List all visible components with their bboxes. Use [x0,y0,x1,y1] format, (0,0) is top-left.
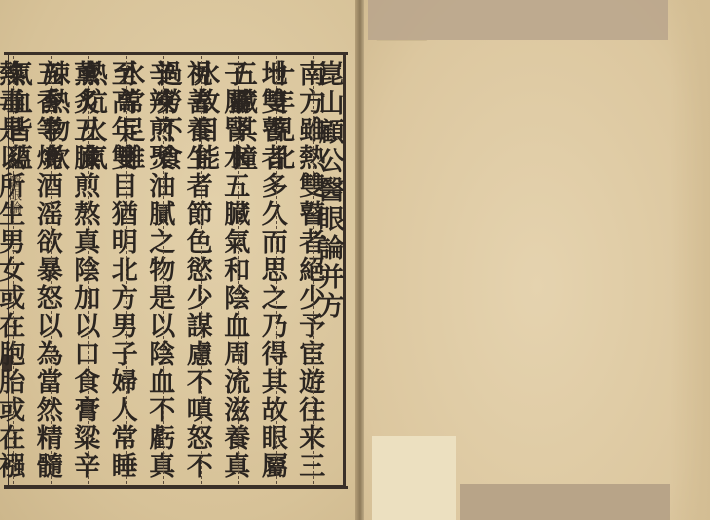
top-discoloration [368,0,668,40]
book-spread: 醫眼論 一 崑山顧公醫眼論并方 南方雖熱雙瞽者絕少予宦遊往来三十年見北 地雙瞽者… [0,0,710,520]
frame-bottom-border [4,486,348,489]
right-page-blank [364,0,710,520]
bottom-discoloration [460,484,670,520]
title-column: 崑山顧公醫眼論并方 [313,56,344,484]
text-column: 南方雖熱雙瞽者絕少予宦遊往来三十年見北 [276,56,314,484]
paper-fold [376,40,449,73]
title-text: 崑山顧公醫眼論并方 [314,60,344,321]
page-edge [670,0,710,520]
paper-patch [372,436,456,520]
text-columns: 崑山顧公醫眼論并方 南方雖熱雙瞽者絕少予宦遊往来三十年見北 地雙瞽者多久而思之乃… [8,56,344,484]
left-page: 醫眼論 一 崑山顧公醫眼論并方 南方雖熱雙瞽者絕少予宦遊往来三十年見北 地雙瞽者… [0,0,358,520]
